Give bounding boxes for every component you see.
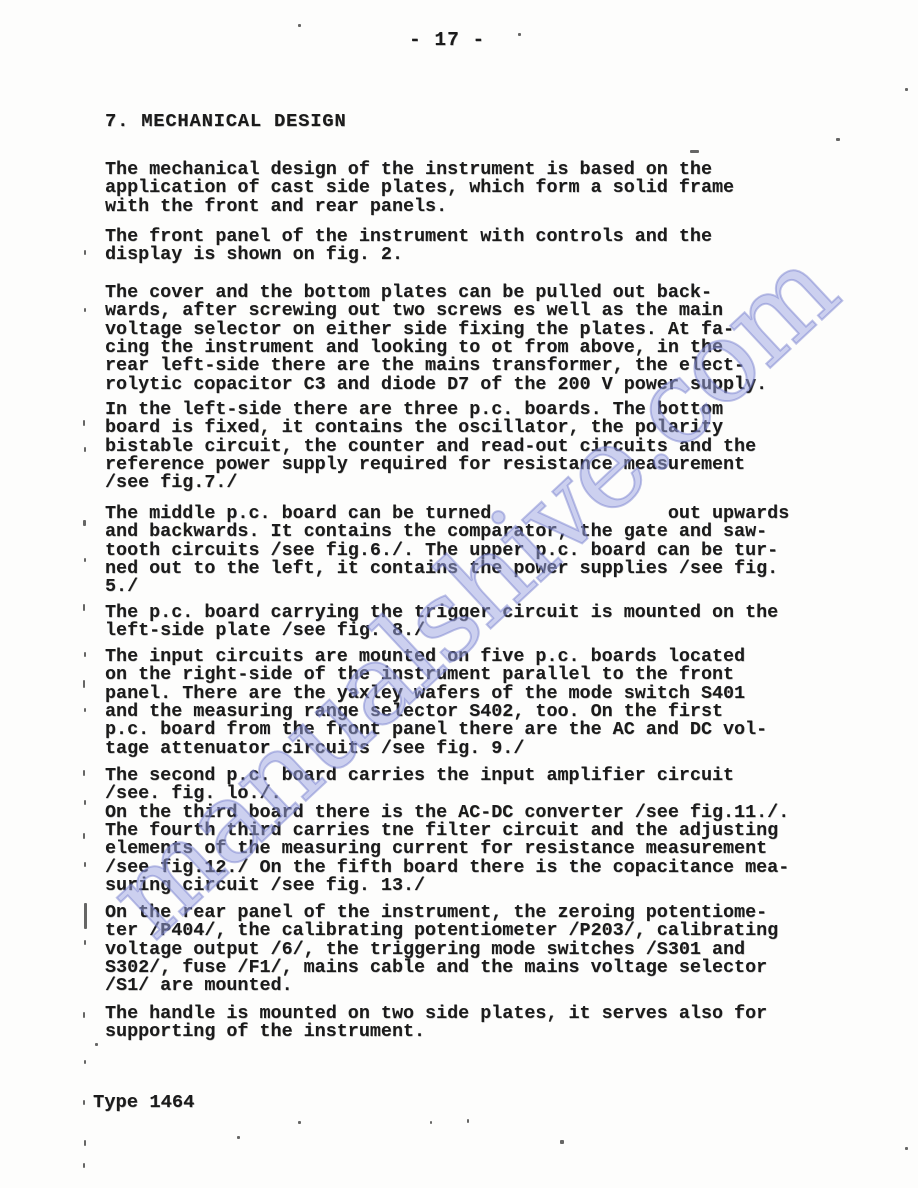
scan-mark — [83, 680, 85, 688]
paragraph-rear-panel: On the rear panel of the instrument, the… — [105, 904, 778, 996]
paragraph-handle: The handle is mounted on two side plates… — [105, 1005, 767, 1042]
scan-speck — [467, 1119, 469, 1123]
scan-speck — [905, 1147, 908, 1150]
scan-mark — [84, 1140, 86, 1146]
scan-mark — [83, 604, 85, 611]
scan-speck — [237, 1136, 240, 1139]
paragraph-input-circuits: The input circuits are mounted on five p… — [105, 648, 767, 758]
scan-speck — [836, 138, 840, 141]
type-label: Type 1464 — [93, 1091, 194, 1113]
scan-speck — [298, 24, 301, 27]
paragraph-middle-board: The middle p.c. board can be turned out … — [105, 505, 789, 597]
paragraph-mechanical-design-intro: The mechanical design of the instrument … — [105, 161, 734, 216]
scan-mark — [83, 1012, 85, 1018]
scan-mark — [84, 940, 86, 945]
scan-mark — [84, 250, 86, 255]
scan-speck — [430, 1121, 432, 1124]
scan-mark — [83, 770, 85, 776]
scan-speck — [560, 1140, 564, 1144]
scan-speck — [298, 1121, 301, 1124]
section-heading: 7. MECHANICAL DESIGN — [105, 110, 346, 132]
scan-mark — [84, 1060, 86, 1064]
scan-speck — [95, 1043, 98, 1046]
scan-mark — [83, 420, 85, 426]
paragraph-trigger-board: The p.c. board carrying the trigger circ… — [105, 604, 778, 641]
page-number: - 17 - — [409, 29, 485, 51]
paragraph-left-side-boards: In the left-side there are three p.c. bo… — [105, 401, 756, 493]
scan-mark — [84, 558, 86, 562]
scan-mark — [84, 308, 86, 312]
scan-mark — [83, 1100, 85, 1105]
paragraph-second-to-fifth-boards: The second p.c. board carries the input … — [105, 767, 789, 895]
scan-mark — [84, 800, 86, 805]
scan-speck — [518, 33, 521, 36]
scan-mark — [84, 447, 86, 452]
scan-speck — [383, 650, 386, 654]
scan-mark — [83, 1163, 85, 1168]
scan-speck — [690, 150, 699, 153]
scanned-manual-page: - 17 - 7. MECHANICAL DESIGN The mechanic… — [0, 0, 918, 1188]
scan-mark — [84, 903, 87, 929]
scan-mark — [84, 652, 86, 657]
scan-mark — [83, 520, 86, 526]
paragraph-front-panel: The front panel of the instrument with c… — [105, 228, 712, 265]
scan-mark — [84, 708, 86, 712]
scan-mark — [84, 862, 86, 867]
paragraph-cover-bottom-plates: The cover and the bottom plates can be p… — [105, 284, 767, 394]
scan-mark — [83, 833, 85, 839]
scan-speck — [905, 88, 908, 91]
